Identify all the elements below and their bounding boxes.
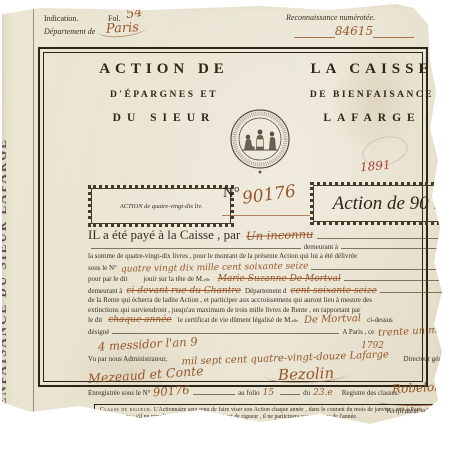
mademoiselle-sup-2: elle bbox=[292, 316, 298, 326]
sum-line: la somme de quatre-vingt-dix livres , po… bbox=[88, 252, 452, 261]
ledit-label: le dit bbox=[88, 316, 102, 326]
clause-box: Clause de rigueur. L'Actionnaire sera te… bbox=[94, 404, 452, 425]
engraved-seal-icon bbox=[228, 106, 292, 176]
mademoiselle-sup: elle bbox=[204, 275, 210, 285]
director-signature: Bezolin bbox=[263, 365, 348, 385]
registre-number-handwritten: 23.e bbox=[313, 388, 333, 399]
number-rule bbox=[222, 215, 310, 216]
beneficiary-line: pour par le dit jouir sur la tête de M.e… bbox=[88, 273, 452, 285]
indication-label: Indication. bbox=[44, 14, 78, 23]
residing2-label: demeurant à bbox=[88, 287, 122, 297]
title-bienfaisance: DE BIENFAISANCE bbox=[286, 90, 452, 100]
certificate-line: le dit chaque année le certificat de vie… bbox=[88, 315, 452, 326]
rente-line-1: de la Rente qui écherra de ladite Action… bbox=[88, 296, 452, 305]
title-lafarge: LAFARGE bbox=[286, 112, 452, 124]
stub-edge-vertical-text: E BIENFAISANCE DU SIEUR LAFARGE bbox=[0, 4, 10, 440]
certificate-body: IL a été payé à la Caisse , par Un incon… bbox=[88, 230, 452, 399]
folio-label-2: au folio bbox=[238, 388, 260, 399]
clause-label: Clause de rigueur. bbox=[100, 407, 152, 413]
register-prefix: Enregistrée sous le N° bbox=[88, 388, 150, 399]
right-ornamental-box: Action de 90 l. bbox=[310, 182, 452, 225]
date-day-handwritten: trente un mars bbox=[378, 325, 452, 339]
vu-line: Vu par nous Administrateur, mil sept cen… bbox=[88, 353, 452, 365]
cert-name-handwritten: De Mortval bbox=[304, 314, 361, 326]
clause-text: L'Actionnaire sera tenu de faire viser s… bbox=[100, 407, 452, 420]
stub-cut-line bbox=[33, 0, 34, 446]
verifier-signature: Robelot bbox=[391, 380, 439, 396]
designated-label: désigné bbox=[88, 328, 109, 338]
cert-suffix: ci-dessus bbox=[367, 316, 393, 326]
address-handwritten: ci-devant rue du Chantre bbox=[126, 287, 241, 297]
enjoy-prefix: pour par le dit bbox=[88, 275, 127, 285]
paid-line: IL a été payé à la Caisse , par Un incon… bbox=[88, 230, 452, 241]
screenshot-root: { "colors": {"paper": "#e9e3d1", "ink": … bbox=[0, 0, 452, 452]
departement-handwritten-value: Paris bbox=[98, 20, 148, 39]
departement-label: Département de bbox=[44, 27, 95, 36]
title-du-sieur: DU SIEUR bbox=[88, 112, 240, 124]
vu-suffix: Directeur général. bbox=[403, 353, 452, 365]
ledit-handwritten: chaque année bbox=[108, 316, 172, 326]
dept2-label: Département d bbox=[245, 287, 286, 297]
beneficiary-name-handwritten: Marie Suzanne De Mortval bbox=[218, 275, 341, 285]
blank-rule bbox=[112, 326, 339, 334]
title-la-caisse: LA CAISSE bbox=[286, 61, 452, 78]
title-action-de: ACTION DE bbox=[88, 61, 240, 78]
document-paper: E BIENFAISANCE DU SIEUR LAFARGE Indicati… bbox=[0, 0, 452, 452]
under-no-label: sous le N° bbox=[88, 264, 117, 274]
red-handwritten-note: 1891 bbox=[359, 158, 391, 175]
dash-rule bbox=[294, 29, 335, 38]
blank-rule bbox=[311, 262, 451, 270]
paris-prefix: A Paris , ce bbox=[342, 328, 374, 338]
vu-prefix: Vu par nous Administrateur, bbox=[88, 353, 167, 365]
certificate-border-frame: ACTION DE D'ÉPARGNES ET DU SIEUR LA CAIS… bbox=[38, 47, 428, 387]
action-number-handwritten: 90176 bbox=[241, 181, 297, 208]
address-line: demeurant à ci-devant rue du Chantre Dép… bbox=[88, 285, 452, 297]
number-words-line: sous le N° quatre vingt dix mille cent s… bbox=[88, 262, 452, 274]
number-sign-label: N° bbox=[223, 185, 240, 202]
paris-date-line: désigné A Paris , ce trente un mars bbox=[88, 326, 452, 338]
title-epargnes: D'ÉPARGNES ET bbox=[88, 90, 240, 100]
reconnaissance-label: Reconnaissance numérotée. bbox=[286, 13, 375, 22]
blank-rule bbox=[317, 231, 451, 239]
paid-prefix: IL a été payé à la Caisse , par bbox=[88, 230, 240, 239]
dash-rule bbox=[373, 29, 414, 38]
date-left-handwritten: 4 messidor l'an 9 bbox=[98, 336, 198, 354]
payer-name-handwritten: Un inconnu bbox=[246, 230, 314, 242]
du-label: du bbox=[303, 388, 310, 399]
blank-rule bbox=[380, 285, 451, 293]
blank-rule bbox=[341, 241, 451, 249]
left-ornamental-box: ACTION de quatre-vingt-dix liv. bbox=[88, 185, 234, 227]
folio-value-handwritten: 15 bbox=[263, 388, 274, 399]
blank-rule bbox=[344, 273, 451, 281]
reconnaissance-number: 84615 bbox=[335, 24, 373, 38]
rente-line-2: extinctions qui surviendront , jusqu'au … bbox=[88, 306, 452, 315]
blank-rule bbox=[280, 387, 300, 395]
blank-rule bbox=[193, 387, 235, 395]
register-number-handwritten: 90176 bbox=[153, 385, 190, 399]
dept2-handwritten: cent soixante seize bbox=[290, 287, 377, 297]
cert-mid: le certificat de vie dûment légalisé de … bbox=[178, 316, 292, 326]
reconnaissance-handwritten-number: 84615 bbox=[294, 24, 414, 38]
enjoy-mid: jouir sur la tête de M. bbox=[143, 275, 203, 285]
residing-label: demeurant à bbox=[304, 243, 338, 253]
